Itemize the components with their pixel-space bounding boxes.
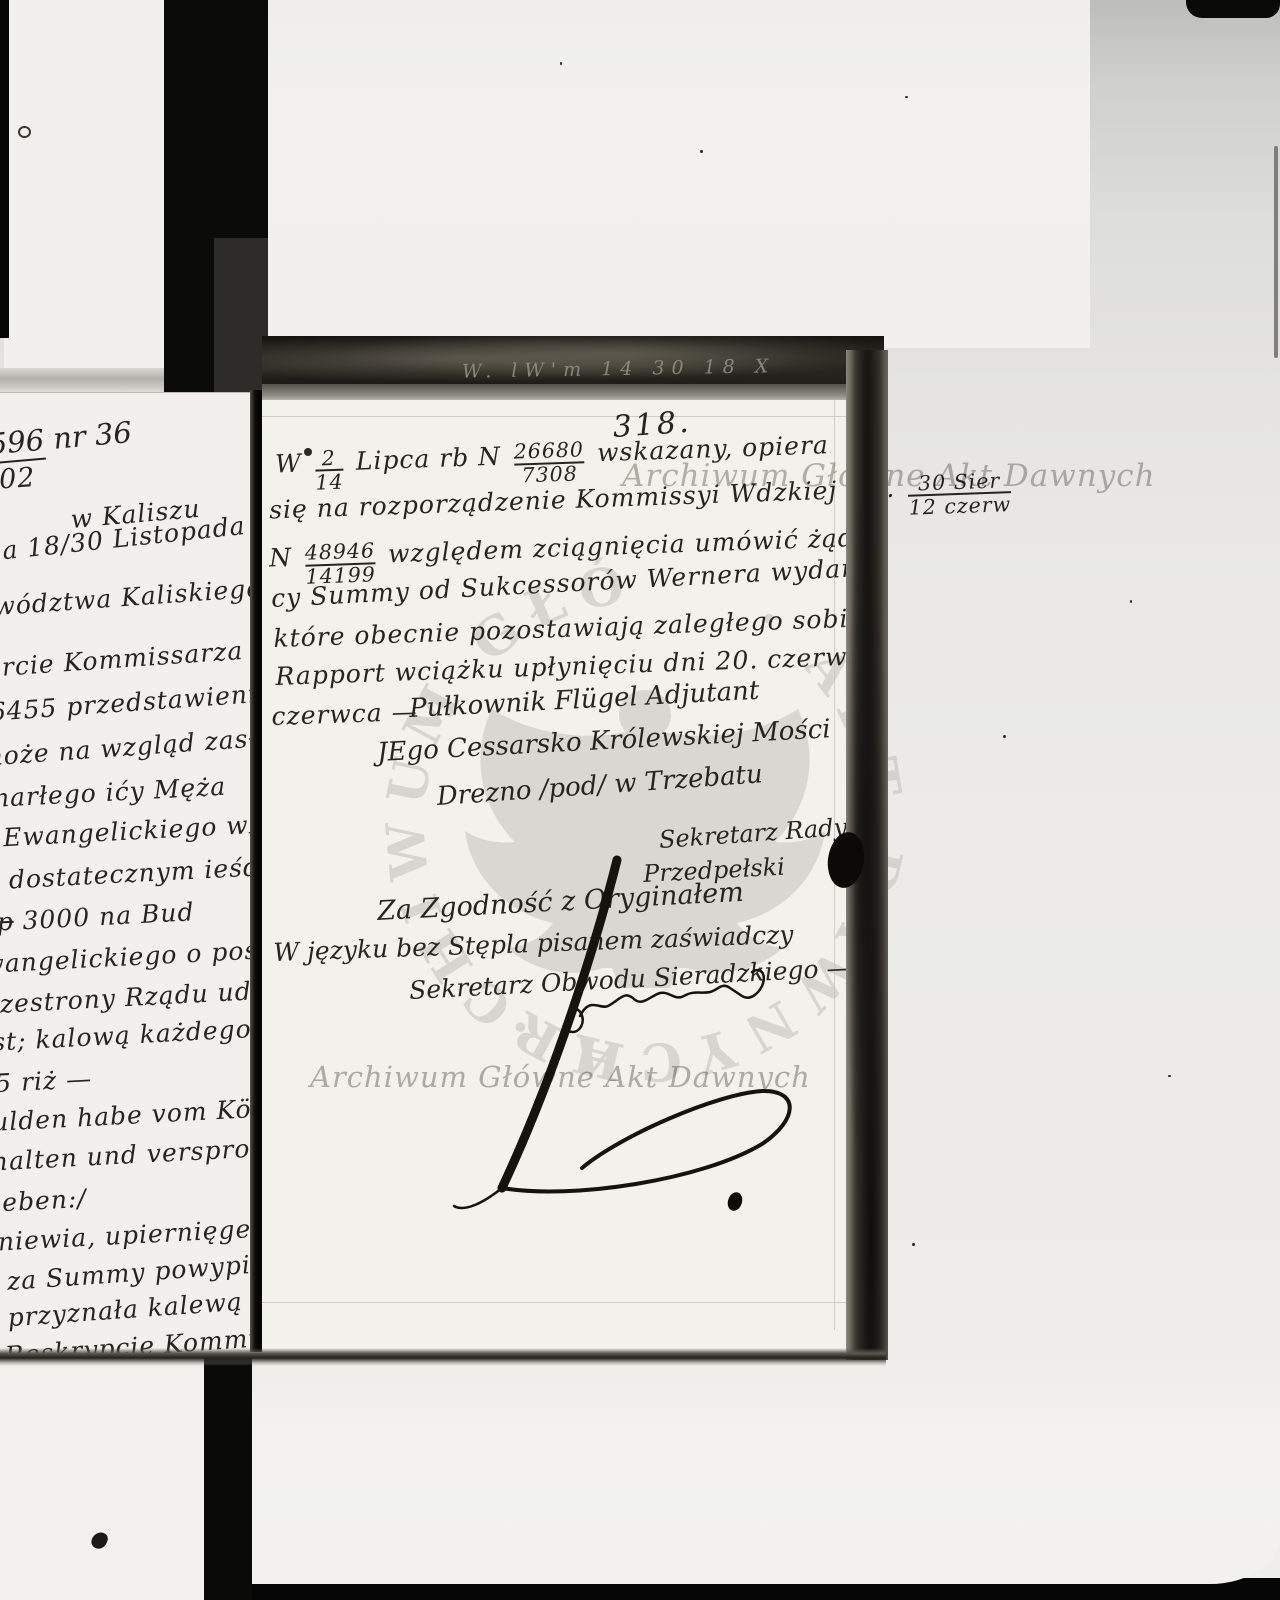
dust-speck — [560, 62, 562, 65]
manuscript-line: Gulden habe vom Kön — [0, 1093, 256, 1138]
fraction: 214 — [314, 448, 344, 493]
ghost-handwriting: W. lW'm 14 30 18 X — [462, 355, 776, 382]
dust-speck — [1130, 600, 1132, 603]
page-frame-line — [262, 1302, 854, 1303]
film-gap-bottom — [204, 1358, 252, 1600]
manuscript-line: erhalten und versproche — [0, 1131, 256, 1178]
manuscript-line: zmarłego ićy Męża — [0, 772, 227, 814]
reference-number: 8596 — [0, 423, 46, 466]
main-document-page: ARCHIWUM GŁÓWNE · AKT DAWNYCH · Archiwum… — [262, 400, 854, 1358]
manuscript-line: porcie Kommissarza — [0, 636, 244, 684]
blank-page-bottom — [248, 1362, 1280, 1584]
manuscript-line: ojewództwa Kaliskiego — [0, 573, 256, 624]
dust-speck — [912, 1243, 915, 1246]
signature-flourish — [402, 830, 832, 1220]
manuscript-line: erniewia, upiernięge Do — [0, 1212, 256, 1258]
page-gutter — [250, 390, 262, 1352]
main-page-dark-top-edge: W. lW'm 14 30 18 X — [262, 336, 884, 386]
manuscript-line: może na wzgląd zasług — [0, 721, 256, 772]
dust-speck — [1168, 1075, 1171, 1077]
manuscript-line: Złp 3000 na Bud — [0, 897, 195, 938]
fraction-numerator: 2 — [314, 448, 343, 469]
watermark-archiwum-right: Archiwum Główne Akt Dawnych — [622, 458, 1156, 494]
archival-scan: W. lW'm 14 30 18 X ARCHIWUM GŁÓWNE · AKT… — [0, 0, 1280, 1600]
manuscript-line: iost; kalową każdegoczas — [0, 1011, 256, 1058]
manuscript-line: Ewangelickiego o posług — [0, 933, 256, 980]
blank-page-top-center — [268, 0, 1090, 348]
ink-speck — [304, 448, 312, 456]
film-blob-top-right — [1186, 0, 1280, 18]
film-gap-top-shadow — [214, 238, 268, 394]
line-text: N — [269, 543, 293, 573]
main-page-dark-top-edge-lower — [262, 384, 884, 400]
blank-page-bottom-left — [0, 1368, 206, 1600]
line-text: Lipca rb N — [355, 442, 501, 476]
page-bottom-seam — [0, 1348, 886, 1366]
manuscript-line: 16455 przedstawienie — [0, 678, 256, 728]
manuscript-line: geben:/ — [0, 1184, 87, 1218]
blank-page-top-left — [4, 0, 166, 372]
manuscript-line: 2602 — [0, 462, 37, 498]
line-text: 3000 na Bud — [13, 897, 195, 935]
manuscript-line: czerwca — — [271, 697, 418, 731]
line-text: W — [275, 449, 303, 479]
film-edge-left — [0, 0, 9, 338]
manuscript-line: ła Ewangelickiego wBu — [0, 808, 256, 854]
dust-speck — [905, 96, 908, 98]
fraction-denominator: 12 czerw — [908, 491, 1011, 518]
dust-speck — [700, 150, 703, 153]
left-document-page: 8596 nr 36 2602 w Kaliszu nia 18/30 List… — [0, 392, 256, 1353]
dust-speck — [1003, 735, 1006, 738]
paper-flaw-ring — [18, 126, 31, 138]
manuscript-line: 8596 nr 36 — [0, 415, 133, 463]
manuscript-line: 5 riż — — [0, 1064, 93, 1098]
scratch-right-edge — [1274, 146, 1278, 358]
manuscript-line: y, dostatecznym ieśd — [0, 852, 256, 896]
line-text: nr 36 — [43, 415, 134, 457]
page-frame-line — [262, 416, 854, 417]
manuscript-line: e zestrony Rządu udzie — [0, 975, 256, 1020]
